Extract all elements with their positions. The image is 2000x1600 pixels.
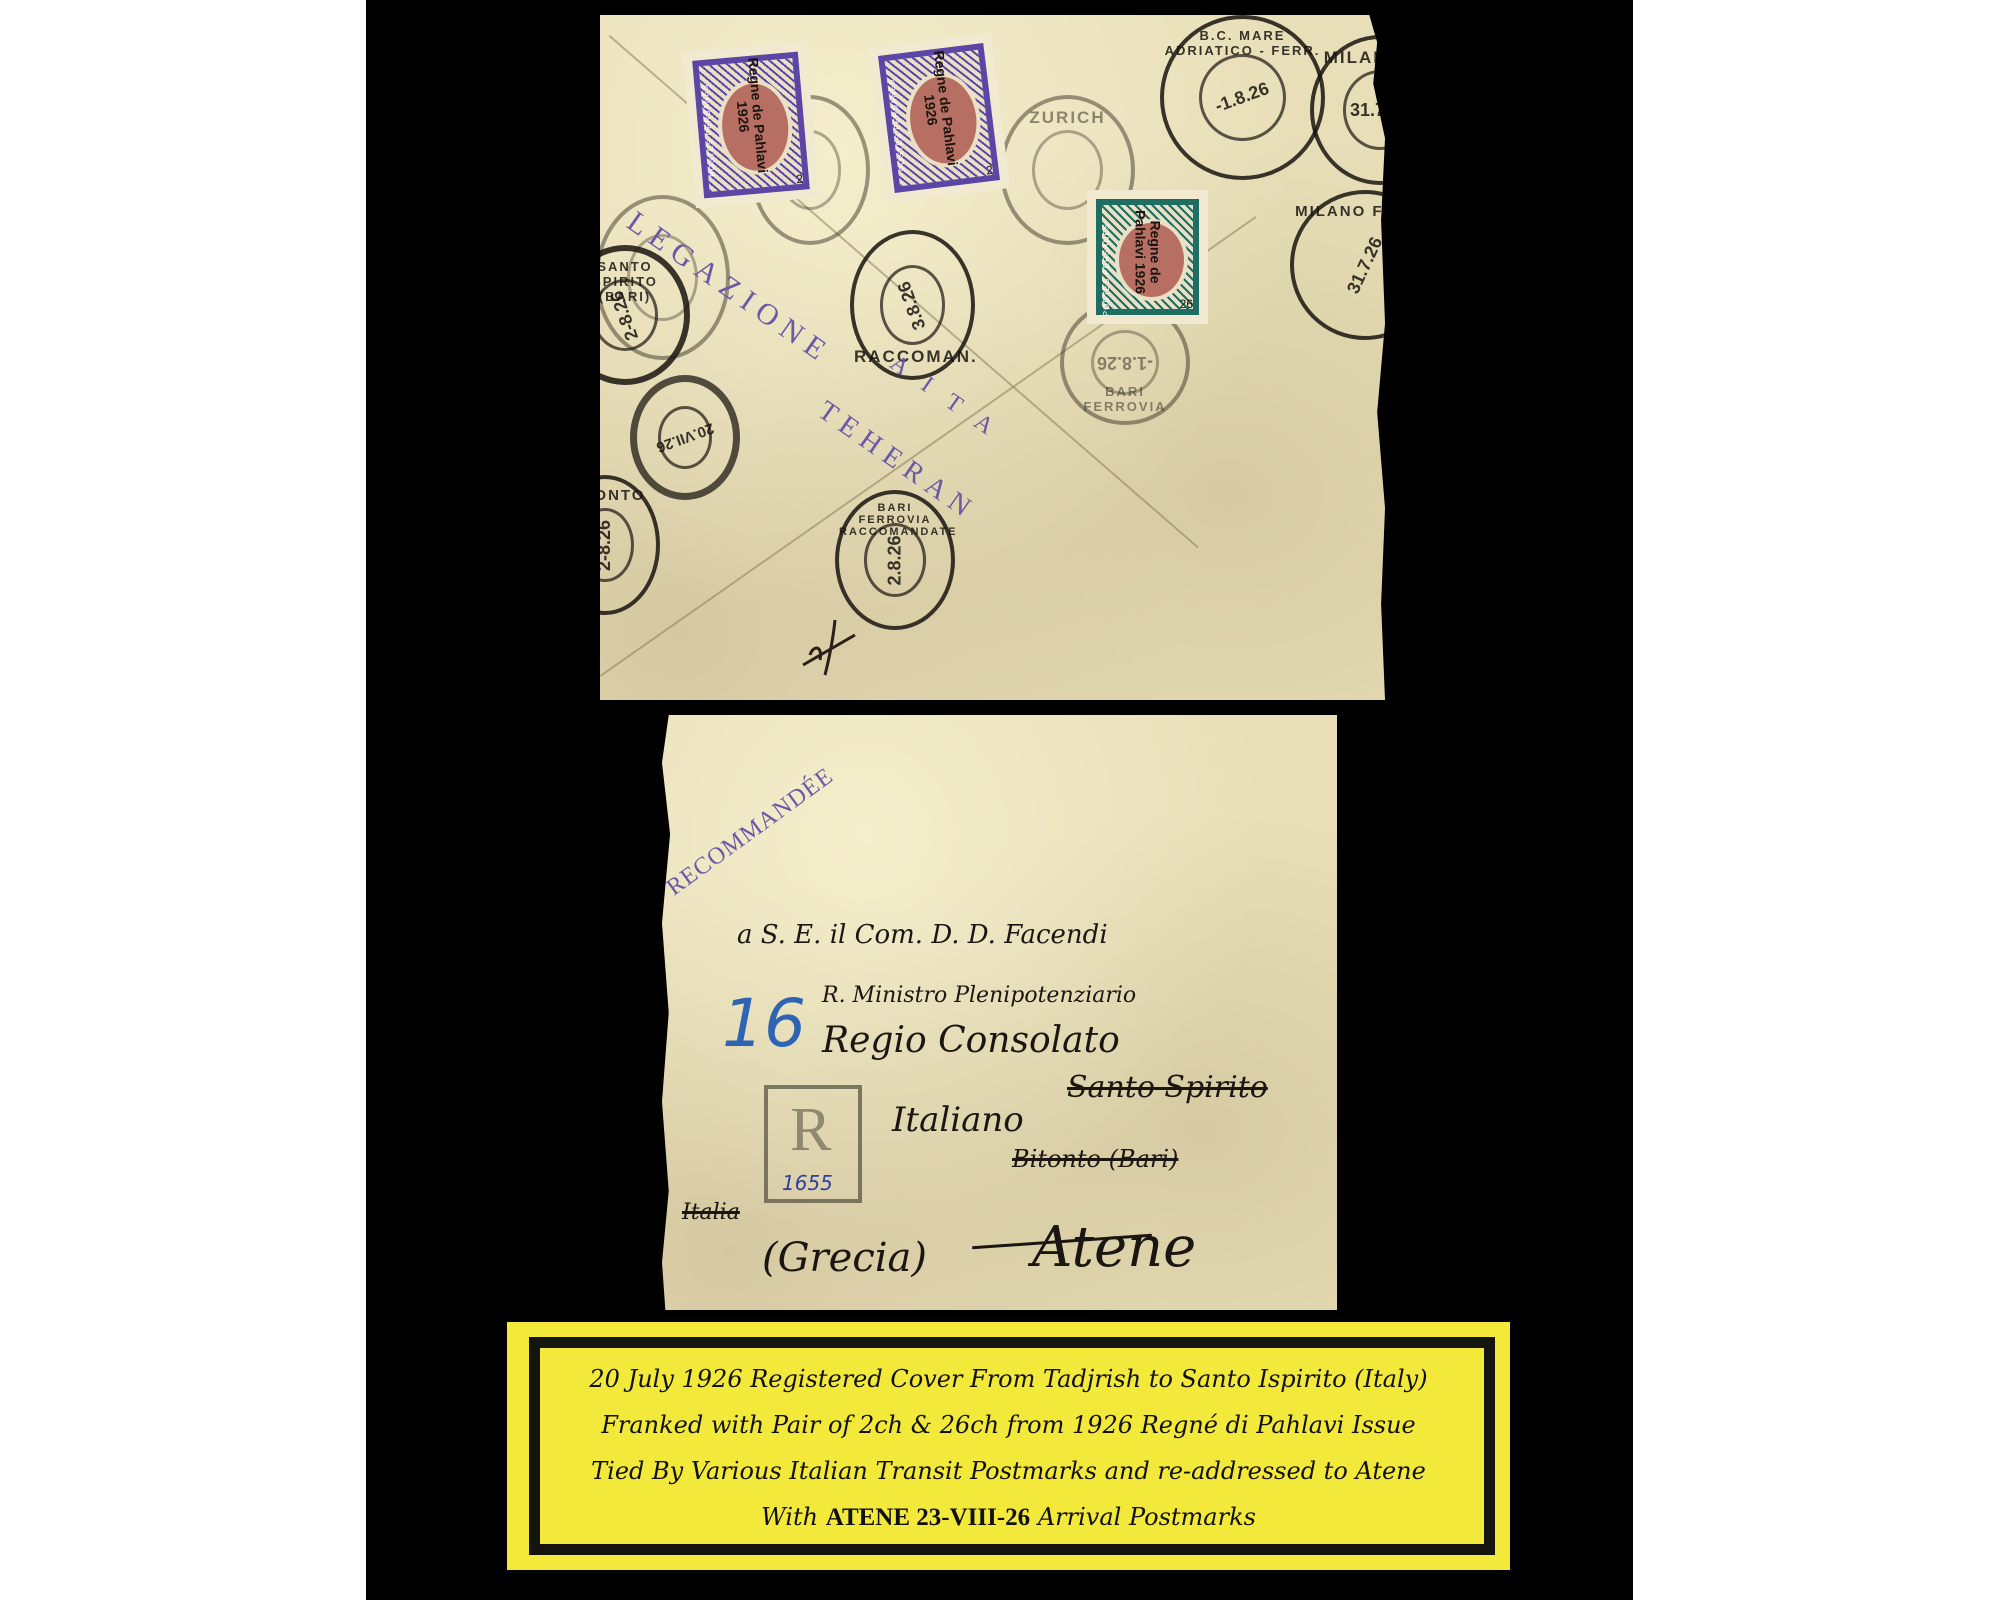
- postmark-mare-adriatico: B.C. MARE ADRIATICO - FERR. -1.8.26: [1160, 15, 1325, 180]
- address-struck-1: Santo Spirito: [1067, 1070, 1268, 1105]
- stamp-2ch-right: POSTES PERSANES Regne de Pahlavi 1926 2: [871, 36, 1006, 199]
- address-struck-2: Bitonto (Bari): [1012, 1145, 1178, 1173]
- registration-letter: R: [790, 1095, 831, 1166]
- registration-label: R 1655: [764, 1085, 862, 1203]
- postmark-bari-ferrovia-bottom: BARI FERROVIA RACCOMANDATE 2.8.26: [835, 490, 955, 630]
- country-struck: Italia: [682, 1200, 740, 1225]
- country-new: (Grecia): [762, 1235, 927, 1281]
- caption-line-4: With ATENE 23-VIII-26 Arrival Postmarks: [547, 1494, 1470, 1541]
- address-new-atene: Atene: [1032, 1215, 1196, 1280]
- blue-number: 16: [722, 985, 806, 1062]
- address-line-4: Italiano: [892, 1100, 1024, 1140]
- cover-back-image: B.C. MARE ADRIATICO - FERR. -1.8.26 MILA…: [600, 15, 1385, 700]
- caption-line-2: Franked with Pair of 2ch & 26ch from 192…: [547, 1402, 1470, 1448]
- postmark-teheran-smudged: 20.VII.26: [630, 375, 740, 500]
- postmark-raccomandate: RACCOMAN. 3.8.26: [850, 230, 975, 380]
- caption-line-1: 20 July 1926 Registered Cover From Tadjr…: [547, 1356, 1470, 1402]
- caption-box: 20 July 1926 Registered Cover From Tadjr…: [507, 1322, 1510, 1570]
- signature-initials: [795, 615, 865, 685]
- stamp-26ch: POSTES PERSANES Regne de Pahlavi 1926 26: [1090, 193, 1205, 321]
- stamp-2ch-left: POSTES PERSANES Regne de Pahlavi 1926 2: [686, 45, 817, 205]
- address-line-1: a S. E. il Com. D. D. Facendi: [737, 920, 1108, 950]
- registration-number: 1655: [782, 1171, 833, 1195]
- address-line-3: Regio Consolato: [822, 1020, 1120, 1061]
- caption-line-3: Tied By Various Italian Transit Postmark…: [547, 1448, 1470, 1494]
- cover-front-image: RECOMMANDÉE a S. E. il Com. D. D. Facend…: [662, 715, 1337, 1310]
- address-line-2: R. Ministro Plenipotenziario: [822, 983, 1136, 1008]
- recommandee-cachet: RECOMMANDÉE: [662, 763, 839, 902]
